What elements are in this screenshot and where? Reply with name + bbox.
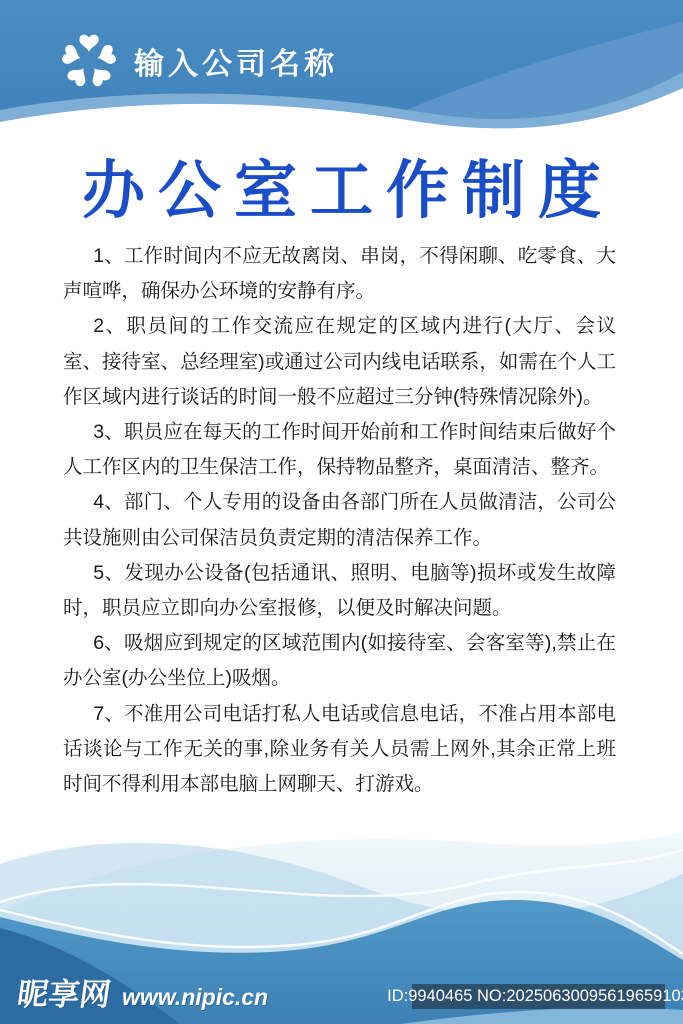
rule-item-5: 5、发现办公设备(包括通讯、照明、电脑等)损坏或发生故障时，职员应立即向办公室报… [63,556,616,626]
rules-list: 1、工作时间内不应无故离岗、串岗，不得闲聊、吃零食、大声喧哗，确保办公环境的安静… [63,239,616,802]
rule-item-2: 2、职员间的工作交流应在规定的区域内进行(大厅、会议室、接待室、总经理室)或通过… [63,309,616,415]
flower-logo-icon [58,30,120,92]
poster-title: 办公室工作制度 [0,140,683,231]
site-name: 昵享网 [15,969,114,1014]
company-brand: 输入公司名称 [58,30,338,92]
rule-item-3: 3、职员应在每天的工作时间开始前和工作时间结束后做好个人工作区内的卫生保洁工作，… [63,415,616,485]
company-name-label: 输入公司名称 [134,39,338,83]
rule-item-6: 6、吸烟应到规定的区域范围内(如接待室、会客室等),禁止在办公室(办公坐位上)吸… [63,626,616,696]
image-id-text: ID:9940465 NO:20250630095619659103 [387,987,683,1006]
rule-item-4: 4、部门、个人专用的设备由各部门所在人员做清洁，公司公共设施则由公司保洁员负责定… [63,485,616,555]
site-url: www.nipic.cn [122,984,268,1011]
header-banner: 输入公司名称 [0,0,683,162]
image-id-badge: ID:9940465 NO:20250630095619659103 [412,984,665,1009]
nipic-watermark: 昵享网 www.nipic.cn [18,969,268,1014]
poster-page: 输入公司名称 办公室工作制度 1、工作时间内不应无故离岗、串岗，不得闲聊、吃零食… [0,0,683,1024]
rule-item-7: 7、不准用公司电话打私人电话或信息电话，不准占用本部电话谈论与工作无关的事,除业… [63,697,616,803]
rule-item-1: 1、工作时间内不应无故离岗、串岗，不得闲聊、吃零食、大声喧哗，确保办公环境的安静… [63,239,616,309]
